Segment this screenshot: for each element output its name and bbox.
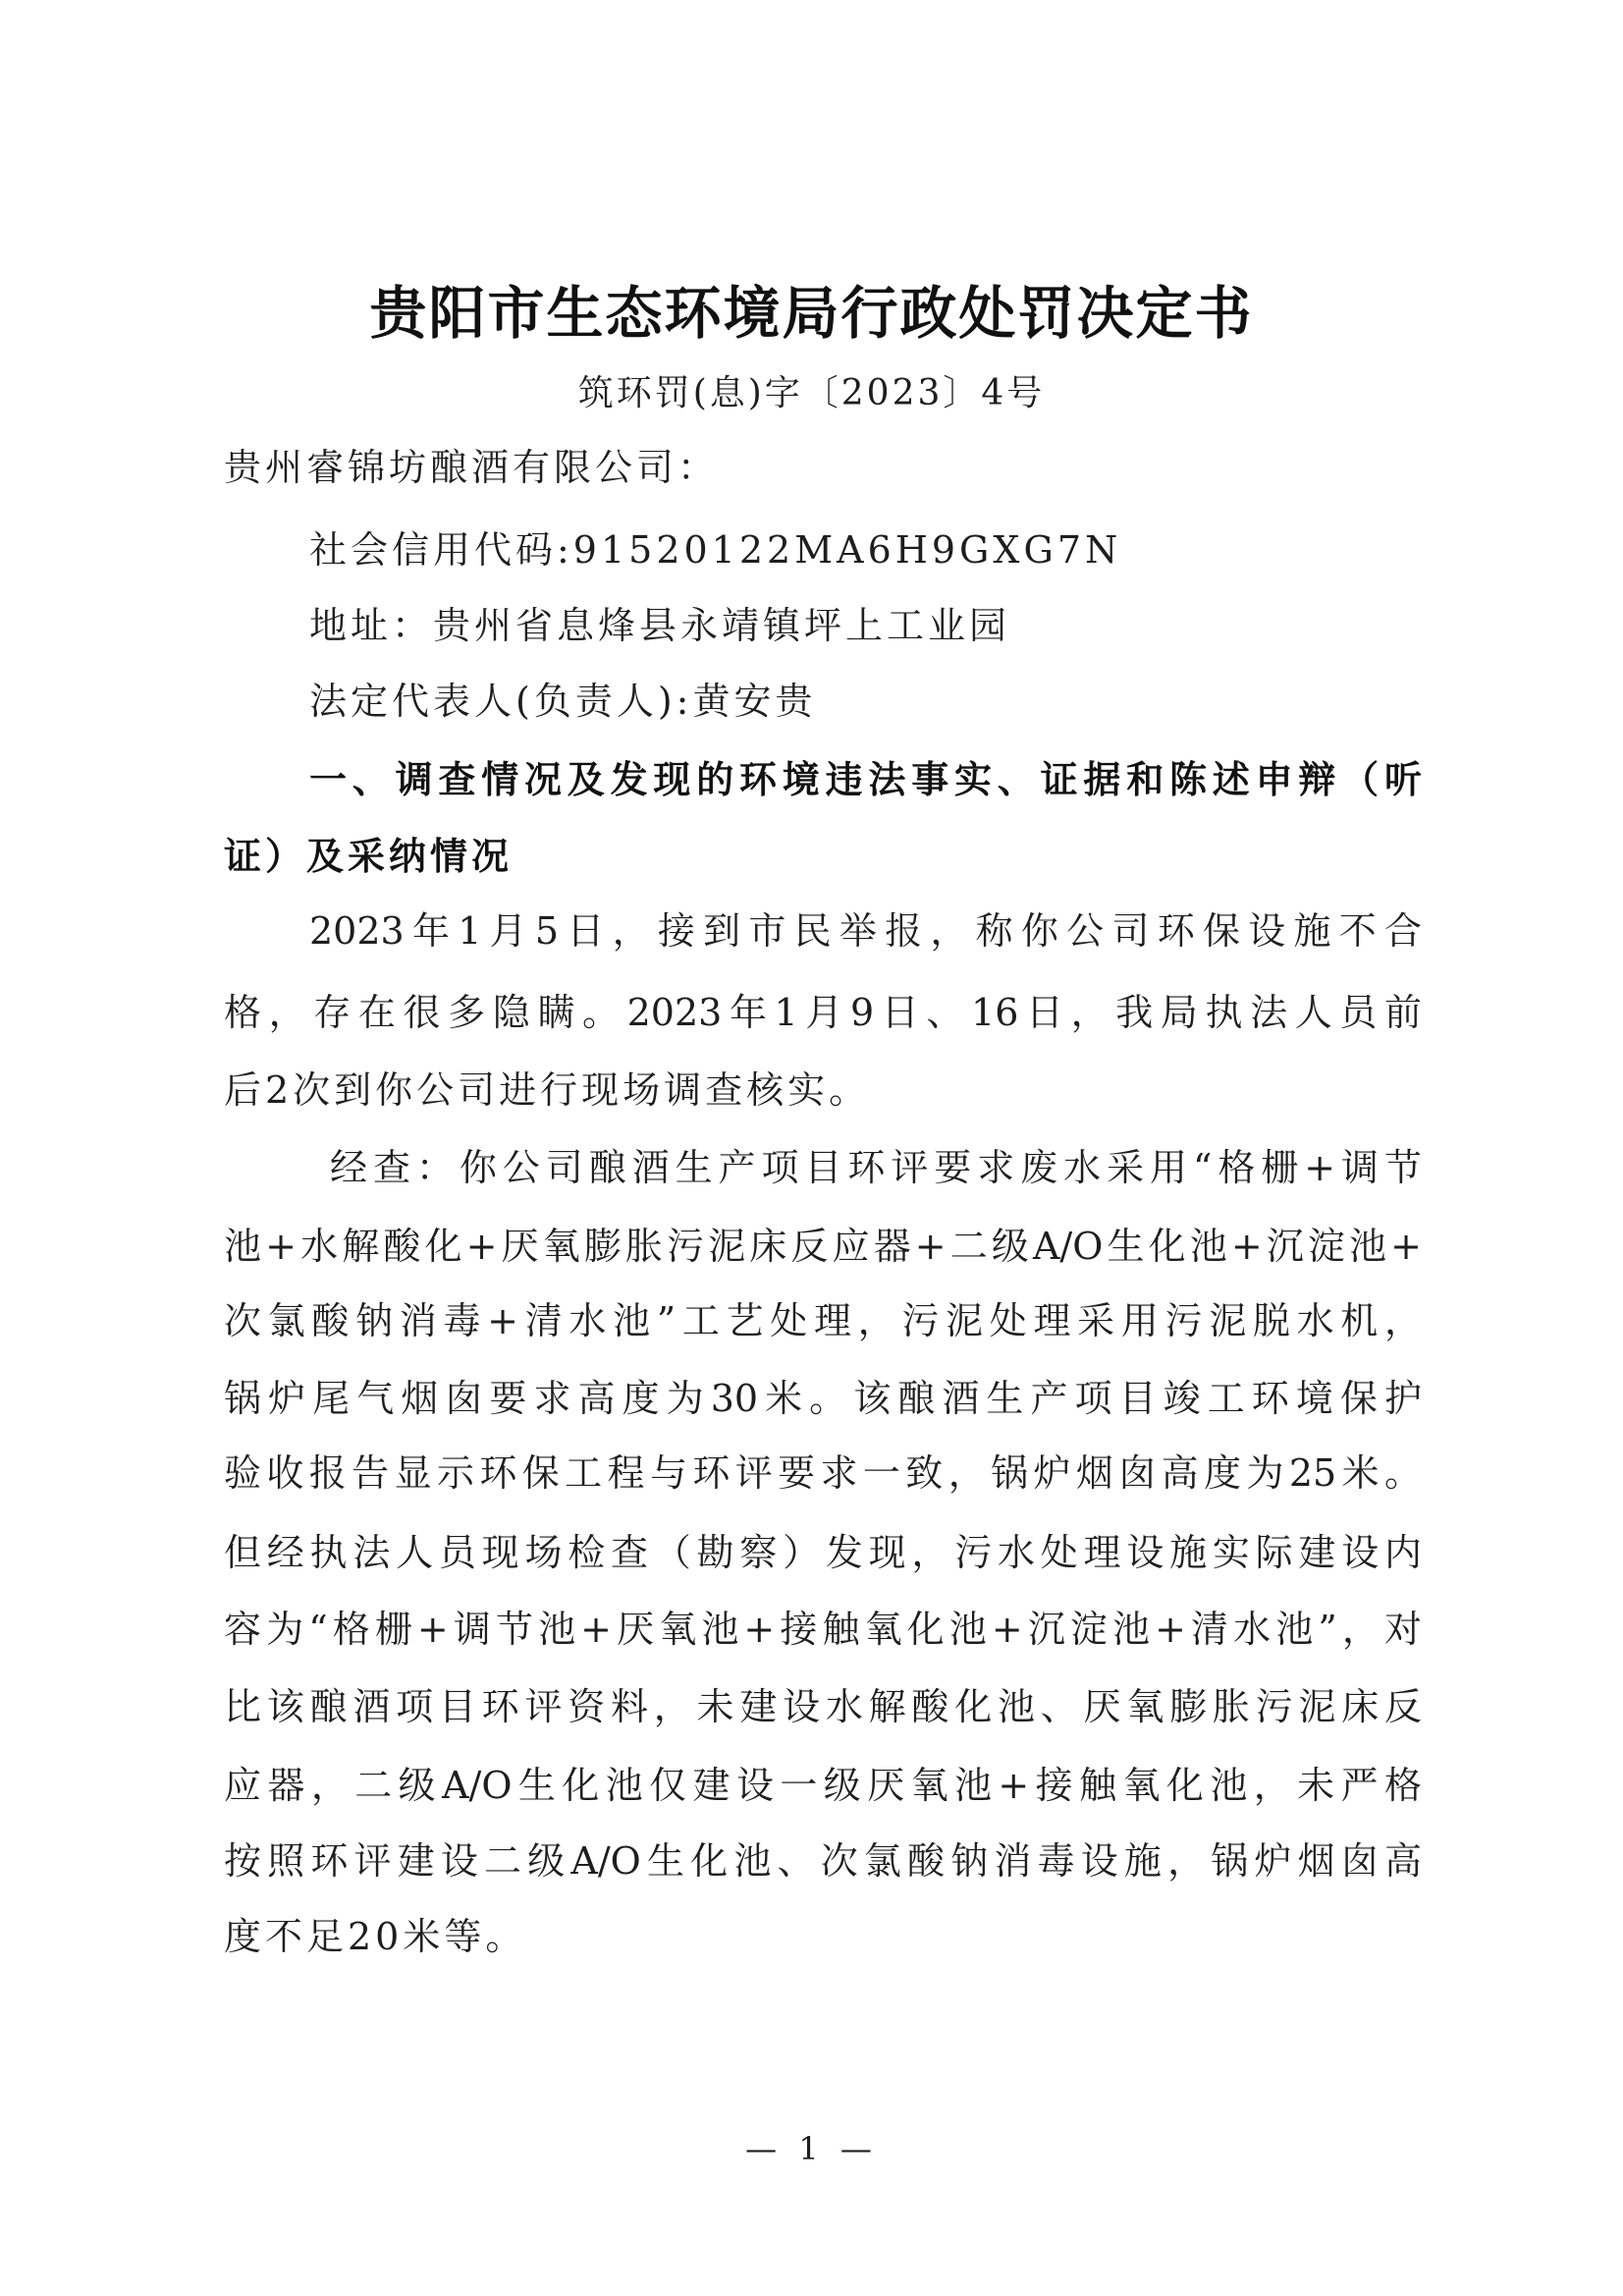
credit-code: 社会信用代码:91520122MA6H9GXG7N	[309, 522, 1121, 577]
address: 地址：贵州省息烽县永靖镇坪上工业园	[309, 598, 1010, 653]
paragraph-line: 容为“格栅+调节池+厌氧池+接触氧化池+沉淀池+清水池”，对	[224, 1602, 1422, 1657]
paragraph-line: 但经执法人员现场检查（勘察）发现，污水处理设施实际建设内	[224, 1525, 1422, 1580]
paragraph-line: 经查：你公司酿酒生产项目环评要求废水采用“格栅+调节	[330, 1140, 1422, 1195]
paragraph-line: 应器，二级A/O生化池仅建设一级厌氧池+接触氧化池，未严格	[224, 1758, 1422, 1813]
paragraph-line: 次氯酸钠消毒+清水池”工艺处理，污泥处理采用污泥脱水机，	[224, 1293, 1422, 1348]
paragraph-line: 格，存在很多隐瞒。2023年1月9日、16日，我局执法人员前	[224, 985, 1422, 1040]
paragraph-line: 比该酿酒项目环评资料，未建设水解酸化池、厌氧膨胀污泥床反	[224, 1679, 1422, 1734]
section-heading-line: 一、调查情况及发现的环境违法事实、证据和陈述申辩（听	[309, 752, 1422, 807]
paragraph-line: 验收报告显示环保工程与环评要求一致，锅炉烟囱高度为25米。	[224, 1446, 1422, 1501]
recipient-name: 贵州睿锦坊酿酒有限公司：	[224, 440, 719, 495]
legal-representative: 法定代表人(负责人):黄安贵	[309, 674, 816, 729]
paragraph-line: 2023年1月5日，接到市民举报，称你公司环保设施不合	[309, 903, 1422, 958]
paragraph-line: 后2次到你公司进行现场调查核实。	[224, 1063, 870, 1118]
paragraph-line: 按照环评建设二级A/O生化池、次氯酸钠消毒设施，锅炉烟囱高	[224, 1833, 1422, 1888]
section-heading-line: 证）及采纳情况	[224, 829, 513, 884]
document-title: 贵阳市生态环境局行政处罚决定书	[0, 278, 1623, 349]
paragraph-line: 度不足20米等。	[224, 1909, 526, 1964]
paragraph-line: 锅炉尾气烟囱要求高度为30米。该酿酒生产项目竣工环境保护	[224, 1371, 1422, 1426]
document-number: 筑环罚(息)字〔2023〕4号	[0, 371, 1623, 416]
paragraph-line: 池+水解酸化+厌氧膨胀污泥床反应器+二级A/O生化池+沉淀池+	[224, 1219, 1422, 1274]
page-number: — 1 —	[0, 2129, 1623, 2168]
